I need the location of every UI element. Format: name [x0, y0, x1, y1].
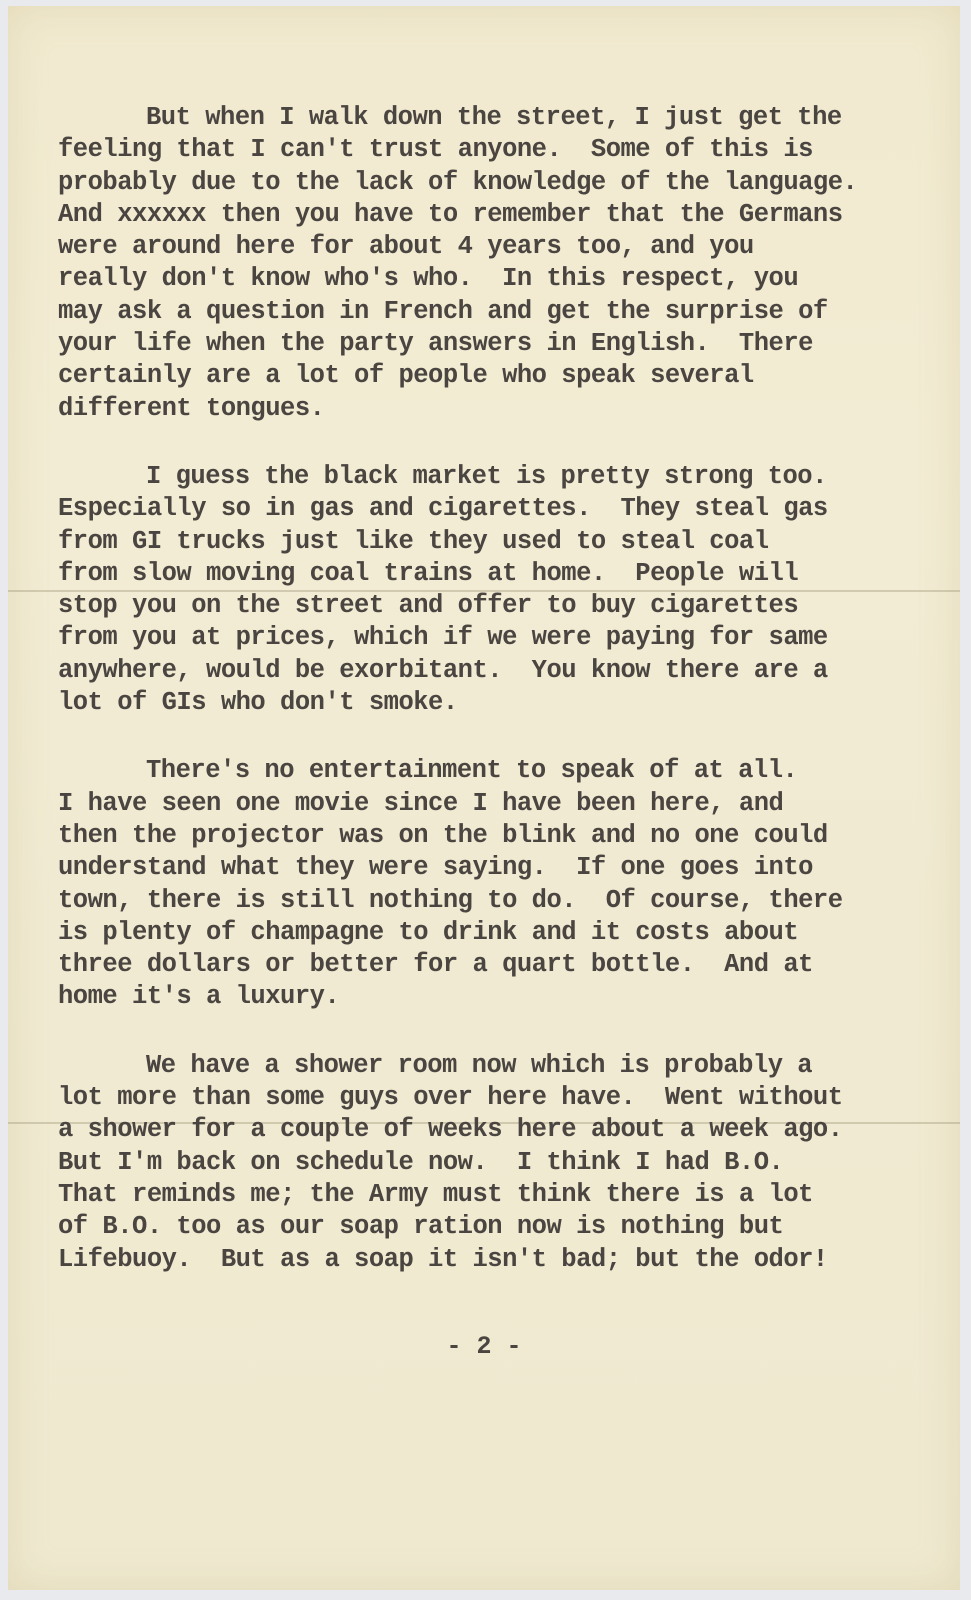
text-line: town, there is still nothing to do. Of c…	[58, 885, 938, 917]
text-line: from GI trucks just like they used to st…	[58, 526, 938, 558]
text-line: home it's a luxury.	[58, 981, 938, 1013]
text-line: a shower for a couple of weeks here abou…	[58, 1114, 938, 1146]
text-line: were around here for about 4 years too, …	[58, 231, 938, 263]
text-line: understand what they were saying. If one…	[58, 852, 938, 884]
text-line: your life when the party answers in Engl…	[58, 328, 938, 360]
text-line: But I'm back on schedule now. I think I …	[58, 1147, 938, 1179]
text-line: That reminds me; the Army must think the…	[58, 1179, 938, 1211]
paragraph-2: I guess the black market is pretty stron…	[58, 461, 938, 719]
text-line: We have a shower room now which is proba…	[58, 1050, 938, 1082]
text-line: then the projector was on the blink and …	[58, 820, 938, 852]
text-line: certainly are a lot of people who speak …	[58, 360, 938, 392]
text-line: different tongues.	[58, 393, 938, 425]
text-line: I have seen one movie since I have been …	[58, 788, 938, 820]
text-line: I guess the black market is pretty stron…	[58, 461, 938, 493]
text-line: And xxxxxx then you have to remember tha…	[58, 199, 938, 231]
text-line: probably due to the lack of knowledge of…	[58, 167, 938, 199]
letter-page: But when I walk down the street, I just …	[8, 6, 960, 1590]
text-line: Especially so in gas and cigarettes. The…	[58, 493, 938, 525]
text-line: lot of GIs who don't smoke.	[58, 687, 938, 719]
text-line: anywhere, would be exorbitant. You know …	[58, 655, 938, 687]
text-line: lot more than some guys over here have. …	[58, 1082, 938, 1114]
text-line: Lifebuoy. But as a soap it isn't bad; bu…	[58, 1244, 938, 1276]
letter-body: But when I walk down the street, I just …	[58, 102, 938, 1312]
text-line: three dollars or better for a quart bott…	[58, 949, 938, 981]
text-line: really don't know who's who. In this res…	[58, 263, 938, 295]
text-line: stop you on the street and offer to buy …	[58, 590, 938, 622]
paragraph-1: But when I walk down the street, I just …	[58, 102, 938, 425]
paragraph-4: We have a shower room now which is proba…	[58, 1050, 938, 1276]
text-line: from slow moving coal trains at home. Pe…	[58, 558, 938, 590]
text-line: feeling that I can't trust anyone. Some …	[58, 134, 938, 166]
text-line: of B.O. too as our soap ration now is no…	[58, 1211, 938, 1243]
page-number: - 2 -	[8, 1332, 960, 1361]
text-line: may ask a question in French and get the…	[58, 296, 938, 328]
paragraph-3: There's no entertainment to speak of at …	[58, 755, 938, 1013]
text-line: But when I walk down the street, I just …	[58, 102, 938, 134]
text-line: is plenty of champagne to drink and it c…	[58, 917, 938, 949]
text-line: There's no entertainment to speak of at …	[58, 755, 938, 787]
text-line: from you at prices, which if we were pay…	[58, 622, 938, 654]
